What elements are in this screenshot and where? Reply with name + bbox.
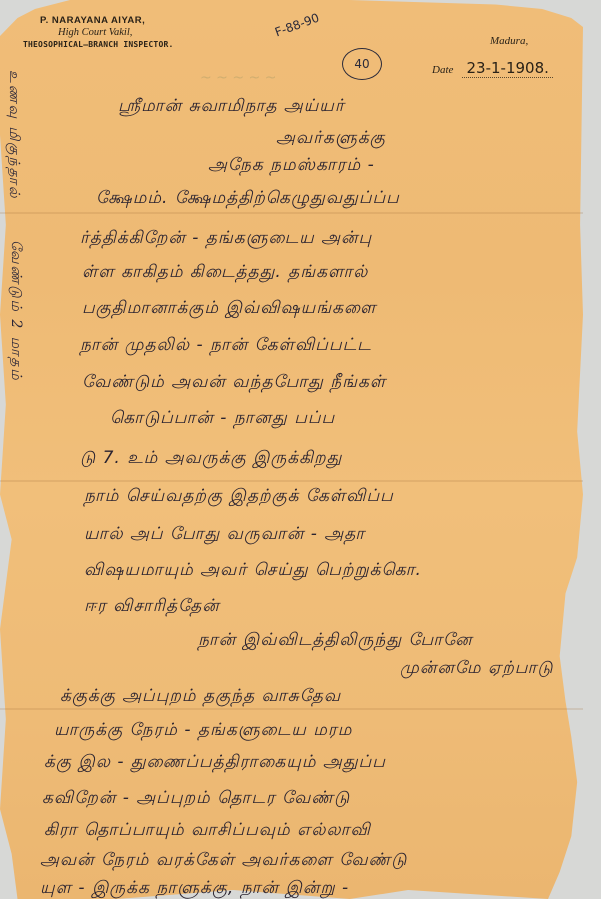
bleed-through-text: ~ ~ ~ ~ ~ — [200, 70, 276, 86]
paper-fold-line — [0, 480, 583, 482]
letter-line: நான் முதலில் - நான் கேள்விப்பட்ட — [80, 335, 372, 357]
place-of-writing: Madura, — [490, 35, 528, 47]
letter-line: க்குக்கு அப்புறம் தகுந்த வாசுதேவ — [60, 686, 341, 708]
letter-line: க்கு இல - துணைப்பத்திராகையும் அதுப்ப — [44, 752, 386, 774]
letter-line: கொடுப்பான் - நானது பப்ப — [110, 408, 335, 430]
margin-note: உணவு மிகுந்தால் — [6, 70, 23, 200]
letter-line: ர்த்திக்கிறேன் - தங்களுடைய அன்பு — [80, 228, 372, 250]
letter-line: வேண்டும் அவன் வந்தபோது நீங்கள் — [82, 372, 386, 394]
letter-line: பகுதிமானாக்கும் இவ்விஷயங்களை — [82, 298, 376, 320]
letter-line: ஈர விசாரித்தேன் — [84, 596, 220, 618]
letter-line: அவன் நேரம் வரக்கேள் அவர்களை வேண்டு — [40, 850, 407, 872]
letter-line: விஷயமாயும் அவர் செய்து பெற்றுக்கொ. — [84, 560, 422, 582]
date-value: 23-1-1908. — [462, 59, 552, 78]
letter-line: டு 7. உம் அவருக்கு இருக்கிறது — [80, 448, 342, 470]
letter-line: யால் அப் போது வருவான் - அதா — [84, 524, 365, 546]
letter-line: ள்ள காகிதம் கிடைத்தது. தங்களால் — [82, 262, 368, 284]
letter-line: யுள - இருக்க நாளுக்கு, நான் இன்று - — [40, 878, 349, 899]
paper-fold-line — [0, 212, 583, 214]
letter-line: க்ஷேமம். க்ஷேமத்திற்கெழுதுவதுப்ப்ப — [96, 188, 400, 210]
letterhead-role: THEOSOPHICAL—BRANCH INSPECTOR. — [23, 40, 174, 49]
letter-line: ஸ்ரீமான் சுவாமிநாத அய்யர் — [118, 96, 345, 118]
date-row: Date 23-1-1908. — [432, 58, 553, 77]
margin-note: வேண்டும் 2 மாதம் — [8, 240, 25, 382]
letter-line: யாருக்கு நேரம் - தங்களுடைய மரம — [54, 720, 352, 742]
letter-line: நான் இவ்விடத்திலிருந்து போனே — [198, 630, 473, 652]
letter-line: நாம் செய்வதற்கு இதற்குக் கேள்விப்ப — [84, 486, 394, 508]
letter-line: முன்னமே ஏற்பாடு — [400, 658, 554, 680]
letter-line: அநேக நமஸ்காரம் - — [208, 155, 375, 177]
paper-fold-line — [0, 708, 583, 710]
letterhead-name: P. NARAYANA AIYAR, — [40, 15, 174, 26]
letterhead: P. NARAYANA AIYAR, High Court Vakil, THE… — [40, 15, 174, 49]
date-label: Date — [432, 64, 453, 76]
letter-line: கிரா தொப்பாயும் வாசிப்பவும் எல்லாவி — [44, 820, 371, 842]
letterhead-title: High Court Vakil, — [58, 27, 174, 38]
letter-line: அவர்களுக்கு — [276, 128, 386, 150]
circled-page-number: 40 — [342, 48, 382, 80]
letter-line: கவிறேன் - அப்புறம் தொடர வேண்டு — [42, 788, 350, 810]
